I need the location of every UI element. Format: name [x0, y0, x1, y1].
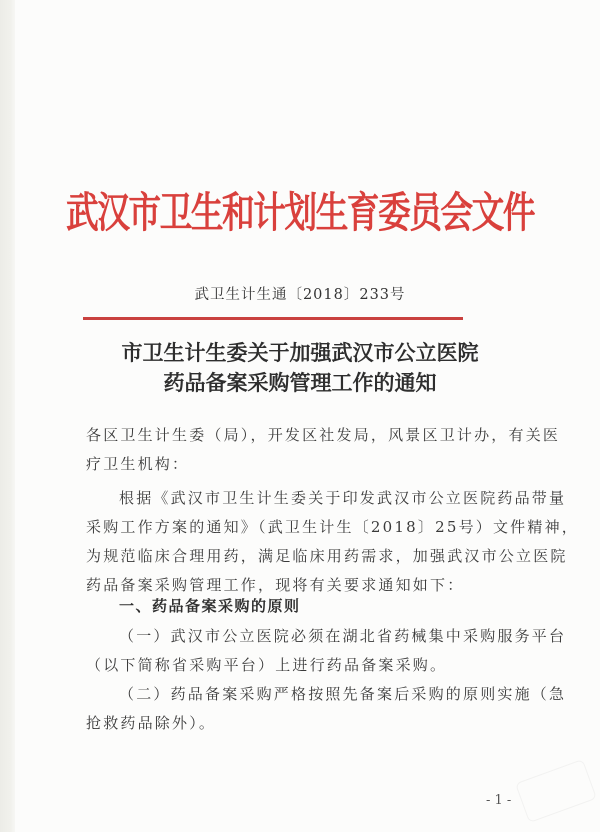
- title-line-2: 药品备案采购管理工作的通知: [0, 368, 600, 398]
- watermark-stamp: [515, 759, 597, 823]
- item-2-line-1: （二）药品备案采购严格按照先备案后采购的原则实施（急: [86, 680, 526, 709]
- intro-line-3: 为规范临床合理用药，满足临床用药需求，加强武汉市公立医院: [86, 542, 526, 571]
- document-page: 武汉市卫生和计划生育委员会文件 武卫生计生通〔2018〕233号 市卫生计生委关…: [0, 0, 600, 832]
- intro-line-2: 采购工作方案的通知》（武卫生计生〔2018〕25号）文件精神，: [86, 513, 526, 542]
- item-2-line-2: 抢救药品除外）。: [86, 709, 526, 738]
- item-1-line-1: （一）武汉市公立医院必须在湖北省药械集中采购服务平台: [86, 622, 526, 651]
- item-1-line-2: （以下简称省采购平台）上进行药品备案采购。: [86, 651, 526, 680]
- recipients-line-2: 疗卫生机构：: [86, 450, 526, 479]
- item-2-paragraph: （二）药品备案采购严格按照先备案后采购的原则实施（急 抢救药品除外）。: [86, 680, 526, 738]
- title-line-1: 市卫生计生委关于加强武汉市公立医院: [0, 338, 600, 368]
- item-1-paragraph: （一）武汉市公立医院必须在湖北省药械集中采购服务平台 （以下简称省采购平台）上进…: [86, 622, 526, 680]
- recipients-line-1: 各区卫生计生委（局），开发区社发局，风景区卫计办，有关医: [86, 421, 526, 450]
- intro-line-1: 根据《武汉市卫生计生委关于印发武汉市公立医院药品带量: [86, 484, 526, 513]
- recipients-paragraph: 各区卫生计生委（局），开发区社发局，风景区卫计办，有关医 疗卫生机构：: [86, 421, 526, 479]
- section-heading-1: 一、药品备案采购的原则: [119, 595, 301, 616]
- page-number: - 1 -: [486, 793, 511, 808]
- document-masthead: 武汉市卫生和计划生育委员会文件: [66, 180, 534, 240]
- red-divider-line: [83, 317, 463, 320]
- document-number: 武卫生计生通〔2018〕233号: [0, 283, 600, 304]
- intro-paragraph: 根据《武汉市卫生计生委关于印发武汉市公立医院药品带量 采购工作方案的通知》（武卫…: [86, 484, 526, 600]
- document-title: 市卫生计生委关于加强武汉市公立医院 药品备案采购管理工作的通知: [0, 338, 600, 398]
- scan-edge-shadow: [0, 0, 15, 832]
